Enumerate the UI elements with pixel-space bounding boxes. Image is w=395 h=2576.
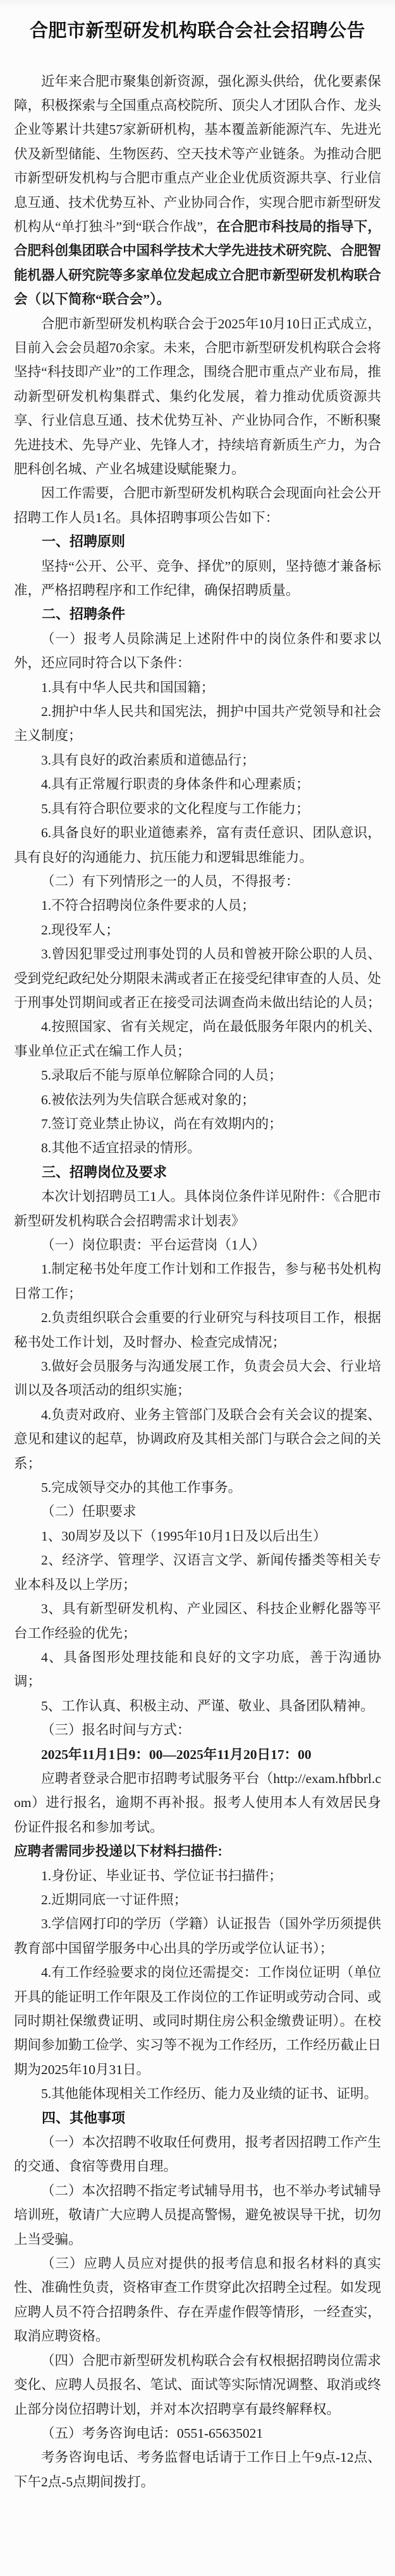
text-run: 4.负责对政府、业务主管部门及联合会有关会议的提案、意见和建议的起草，协调政府及… — [14, 1407, 381, 1471]
text-run: 7.签订竞业禁止协议，尚在有效期内的； — [41, 1116, 283, 1131]
paragraph: 坚持“公开、公平、竞争、择优”的原则，坚持德才兼备标准，严格招聘程序和工作纪律，… — [14, 554, 381, 603]
text-run: 2、经济学、管理学、汉语言文学、新闻传播类等相关专业本科及以上学历； — [14, 1553, 381, 1592]
text-run: （三）应聘人员应对提供的报考信息和报名材料的真实性、准确性负责，资格审查工作贯穿… — [14, 2256, 381, 2344]
paragraph: 4、具备图形处理技能和良好的文字功底，善于沟通协调； — [14, 1645, 381, 1694]
document-title: 合肥市新型研发机构联合会社会招聘公告 — [14, 18, 381, 45]
paragraph: 4.有工作经验要求的岗位还需提交：工作岗位证明（单位开具的能证明工作年限及工作岗… — [14, 1960, 381, 2082]
paragraph: （一）本次招聘不收取任何费用，报考者因招聘工作产生的交通、食宿等费用自理。 — [14, 2130, 381, 2179]
paragraph: （二）有下列情形之一的人员，不得报考： — [14, 869, 381, 893]
paragraph: 2.负责组织联合会重要的行业研究与科技项目工作，根据秘书处工作计划，及时督办、检… — [14, 1306, 381, 1354]
paragraph: 因工作需要，合肥市新型研发机构联合会现面向社会公开招聘工作人员1名。具体招聘事项… — [14, 481, 381, 530]
text-run: （一）岗位职责：平台运营岗（1人） — [41, 1237, 265, 1253]
text-run: 5.录取后不能与原单位解除合同的人员； — [41, 1068, 283, 1083]
paragraph: 4.按照国家、省有关规定，尚在最低服务年限内的机关、事业单位正式在编工作人员； — [14, 1015, 381, 1063]
text-run: 2.拥护中华人民共和国宪法，拥护中国共产党领导和社会主义制度； — [14, 704, 381, 743]
paragraph: 5.具有符合职位要求的文化程度与工作能力； — [14, 797, 381, 821]
text-run: （二）任职要求 — [41, 1504, 137, 1519]
section-heading: 一、招聘原则 — [14, 530, 381, 554]
paragraph: （四）合肥市新型研发机构联合会有权根据招聘岗位需求变化、应聘人员报名、笔试、面试… — [14, 2349, 381, 2421]
paragraph: 7.签订竞业禁止协议，尚在有效期内的； — [14, 1112, 381, 1136]
text-run: 5.具有符合职位要求的文化程度与工作能力； — [41, 801, 310, 816]
paragraph: 2025年11月1日9：00—2025年11月20日17：00 — [14, 1743, 381, 1767]
text-run: 坚持“公开、公平、竞争、择优”的原则，坚持德才兼备标准，严格招聘程序和工作纪律，… — [14, 559, 381, 598]
paragraph: 8.其他不适宜招录的情形。 — [14, 1136, 381, 1160]
text-run: 二、招聘条件 — [42, 606, 125, 622]
paragraph: （二）任职要求 — [14, 1500, 381, 1524]
paragraph: 3、具有新型研发机构、产业园区、科技企业孵化器等平台工作经验的优先； — [14, 1597, 381, 1645]
paragraph: 考务咨询电话、考务监督电话请于工作日上午9点-12点、下午2点-5点期间拨打。 — [14, 2445, 381, 2494]
paragraph: 5、工作认真、积极主动、严谨、敬业、具备团队精神。 — [14, 1694, 381, 1718]
text-run: 三、招聘岗位及要求 — [42, 1164, 167, 1180]
paragraph: 2、经济学、管理学、汉语言文学、新闻传播类等相关专业本科及以上学历； — [14, 1548, 381, 1597]
bold-text-run: 应聘者需同步投递以下材料扫描件: — [14, 1844, 222, 1859]
section-heading: 三、招聘岗位及要求 — [14, 1160, 381, 1184]
paragraph: 3.具有良好的政治素质和道德品行； — [14, 748, 381, 772]
text-run: 3.学信网打印的学历（学籍）认证报告（国外学历须提供教育部中国留学服务中心出具的… — [14, 1916, 381, 1955]
paragraph: 4.具有正常履行职责的身体条件和心理素质； — [14, 772, 381, 796]
text-run: 4.有工作经验要求的岗位还需提交：工作岗位证明（单位开具的能证明工作年限及工作岗… — [14, 1965, 381, 2077]
text-run: 1.制定秘书处年度工作计划和工作报告，参与秘书处机构日常工作； — [14, 1261, 381, 1301]
text-run: 1.具有中华人民共和国国籍； — [41, 680, 214, 695]
paragraph: 2.近期同底一寸证件照； — [14, 1888, 381, 1912]
text-run: 3.具有良好的政治素质和道德品行； — [41, 753, 255, 768]
text-run: 近年来合肥市聚集创新资源，强化源头供给，优化要素保障，积极探索与全国重点高校院所… — [14, 74, 381, 234]
paragraph: 2.拥护中华人民共和国宪法，拥护中国共产党领导和社会主义制度； — [14, 700, 381, 748]
text-run: 3.曾因犯罪受过刑事处罚的人员和曾被开除公职的人员、受到党纪政纪处分期限未满或者… — [14, 946, 381, 1010]
paragraph: 1.不符合招聘岗位条件要求的人员； — [14, 893, 381, 917]
text-run: 2.现役军人； — [41, 922, 119, 938]
paragraph: （一）报考人员除满足上述附件中的岗位条件和要求以外，还应同时符合以下条件： — [14, 627, 381, 676]
paragraph: 2.现役军人； — [14, 918, 381, 942]
text-run: 4.具有正常履行职责的身体条件和心理素质； — [41, 777, 310, 792]
text-run: 3、具有新型研发机构、产业园区、科技企业孵化器等平台工作经验的优先； — [14, 1601, 381, 1640]
text-run: 2.负责组织联合会重要的行业研究与科技项目工作，根据秘书处工作计划，及时督办、检… — [14, 1310, 381, 1349]
paragraph: 1.身份证、毕业证书、学位证书扫描件； — [14, 1864, 381, 1888]
paragraph: 4.负责对政府、业务主管部门及联合会有关会议的提案、意见和建议的起草，协调政府及… — [14, 1403, 381, 1476]
paragraph: （三）应聘人员应对提供的报考信息和报名材料的真实性、准确性负责，资格审查工作贯穿… — [14, 2251, 381, 2349]
paragraph: 5.录取后不能与原单位解除合同的人员； — [14, 1063, 381, 1087]
text-run: 4、具备图形处理技能和良好的文字功底，善于沟通协调； — [14, 1650, 381, 1689]
text-run: （四）合肥市新型研发机构联合会有权根据招聘岗位需求变化、应聘人员报名、笔试、面试… — [14, 2353, 381, 2417]
text-run: 本次计划招聘员工1人。具体岗位条件详见附件：《合肥市新型研发机构联合会招聘需求计… — [14, 1189, 381, 1228]
section-heading: 二、招聘条件 — [14, 602, 381, 626]
text-run: 1、30周岁及以下（1995年10月1日及以后出生） — [41, 1529, 327, 1544]
text-run: （三）报名时间与方式： — [41, 1722, 191, 1738]
paragraph: 5.其他能体现相关工作经历、能力及业绩的证书、证明。 — [14, 2082, 381, 2106]
text-run: （一）本次招聘不收取任何费用，报考者因招聘工作产生的交通、食宿等费用自理。 — [14, 2135, 381, 2174]
text-run: 合肥市新型研发机构联合会于2025年10月10日正式成立，目前入会会员超70余家… — [14, 316, 381, 477]
text-run: 5、工作认真、积极主动、严谨、敬业、具备团队精神。 — [41, 1698, 374, 1714]
paragraph: （一）岗位职责：平台运营岗（1人） — [14, 1233, 381, 1257]
paragraph: 1、30周岁及以下（1995年10月1日及以后出生） — [14, 1524, 381, 1548]
announcement-document: 合肥市新型研发机构联合会社会招聘公告 近年来合肥市聚集创新资源，强化源头供给，优… — [0, 0, 395, 2576]
paragraph: （五）考务咨询电话：0551-65635021 — [14, 2421, 381, 2445]
paragraph: 3.曾因犯罪受过刑事处罚的人员和曾被开除公职的人员、受到党纪政纪处分期限未满或者… — [14, 942, 381, 1015]
text-run: 6.具备良好的职业道德素养，富有责任意识、团队意识，具有良好的沟通能力、抗压能力… — [14, 825, 381, 864]
paragraph: 1.具有中华人民共和国国籍； — [14, 676, 381, 700]
text-run: 一、招聘原则 — [42, 534, 125, 549]
paragraph: 5.完成领导交办的其他工作事务。 — [14, 1476, 381, 1500]
text-run: 1.身份证、毕业证书、学位证书扫描件； — [41, 1868, 283, 1883]
paragraph: 应聘者登录合肥市招聘考试服务平台（http://exam.hfbbrl.com）… — [14, 1767, 381, 1839]
text-run: 2.近期同底一寸证件照； — [41, 1892, 187, 1907]
paragraph: 本次计划招聘员工1人。具体岗位条件详见附件：《合肥市新型研发机构联合会招聘需求计… — [14, 1184, 381, 1233]
text-run: 考务咨询电话、考务监督电话请于工作日上午9点-12点、下午2点-5点期间拨打。 — [14, 2450, 381, 2489]
paragraph: 6.被依法列为失信联合惩戒对象的； — [14, 1088, 381, 1112]
text-run: 6.被依法列为失信联合惩戒对象的； — [41, 1092, 255, 1107]
paragraph: （二）本次招聘不指定考试辅导用书，也不举办考试辅导培训班，敬请广大应聘人员提高警… — [14, 2179, 381, 2251]
text-run: 因工作需要，合肥市新型研发机构联合会现面向社会公开招聘工作人员1名。具体招聘事项… — [14, 486, 381, 525]
text-run: 应聘者登录合肥市招聘考试服务平台（http://exam.hfbbrl.com）… — [14, 1771, 381, 1835]
paragraph: 3.做好会员服务与沟通发展工作，负责会员大会、行业培训以及各项活动的组织实施； — [14, 1354, 381, 1403]
paragraph: 6.具备良好的职业道德素养，富有责任意识、团队意识，具有良好的沟通能力、抗压能力… — [14, 821, 381, 869]
text-run: 4.按照国家、省有关规定，尚在最低服务年限内的机关、事业单位正式在编工作人员； — [14, 1019, 381, 1058]
text-run: 1.不符合招聘岗位条件要求的人员； — [41, 898, 255, 913]
document-body: 近年来合肥市聚集创新资源，强化源头供给，优化要素保障，积极探索与全国重点高校院所… — [14, 69, 381, 2495]
text-run: 四、其他事项 — [42, 2110, 125, 2126]
text-run: 5.其他能体现相关工作经历、能力及业绩的证书、证明。 — [41, 2086, 377, 2101]
text-run: 3.做好会员服务与沟通发展工作，负责会员大会、行业培训以及各项活动的组织实施； — [14, 1359, 381, 1398]
text-run: 5.完成领导交办的其他工作事务。 — [41, 1480, 241, 1495]
bold-text-run: 2025年11月1日9：00—2025年11月20日17：00 — [41, 1747, 312, 1762]
paragraph: 应聘者需同步投递以下材料扫描件: — [14, 1839, 381, 1863]
text-run: （二）有下列情形之一的人员，不得报考： — [41, 874, 300, 889]
paragraph: 3.学信网打印的学历（学籍）认证报告（国外学历须提供教育部中国留学服务中心出具的… — [14, 1912, 381, 1960]
paragraph: 近年来合肥市聚集创新资源，强化源头供给，优化要素保障，积极探索与全国重点高校院所… — [14, 69, 381, 312]
text-run: （一）报考人员除满足上述附件中的岗位条件和要求以外，还应同时符合以下条件： — [14, 631, 381, 671]
paragraph: 合肥市新型研发机构联合会于2025年10月10日正式成立，目前入会会员超70余家… — [14, 312, 381, 482]
text-run: 8.其他不适宜招录的情形。 — [41, 1140, 201, 1155]
paragraph: 1.制定秘书处年度工作计划和工作报告，参与秘书处机构日常工作； — [14, 1257, 381, 1306]
paragraph: （三）报名时间与方式： — [14, 1718, 381, 1742]
text-run: （五）考务咨询电话：0551-65635021 — [41, 2426, 263, 2441]
section-heading: 四、其他事项 — [14, 2106, 381, 2130]
text-run: （二）本次招聘不指定考试辅导用书，也不举办考试辅导培训班，敬请广大应聘人员提高警… — [14, 2183, 381, 2247]
